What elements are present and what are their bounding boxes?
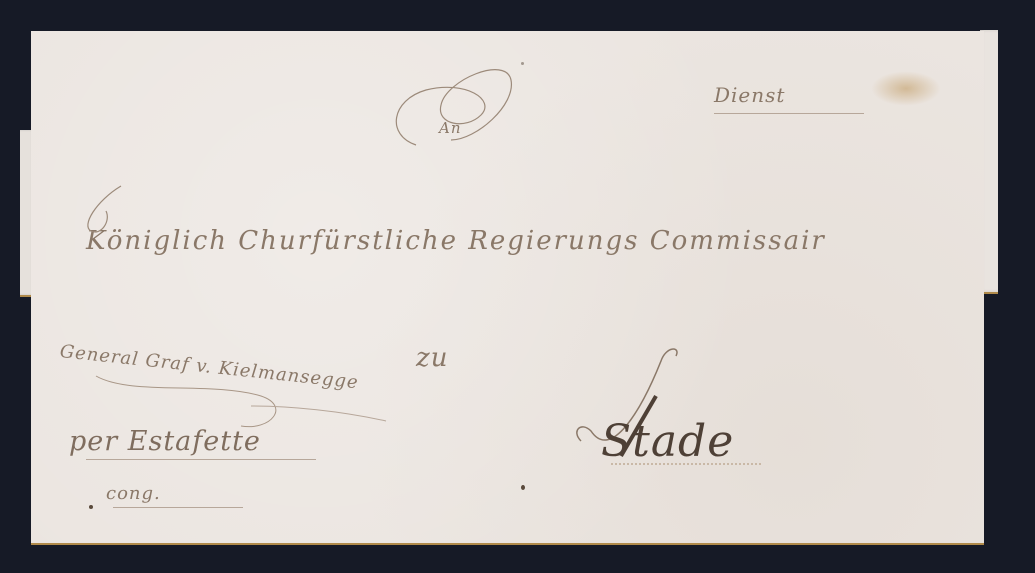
addressee-line-text: Königlich Churfürstliche Regierungs Comm… — [86, 226, 826, 256]
dispatch-note-text: per Estafette — [69, 426, 261, 457]
paper-speck — [521, 62, 524, 65]
paper-speck — [89, 505, 93, 509]
service-mark-text: Dienst — [714, 83, 785, 107]
dispatch-note-underline — [86, 459, 316, 460]
destination-underline — [611, 463, 761, 465]
preposition-text: zu — [416, 343, 448, 373]
sender-note-flourish — [91, 371, 391, 431]
salutation-text: An — [439, 119, 462, 137]
paper-speck — [521, 485, 525, 490]
abbreviation-text: cong. — [106, 483, 161, 504]
destination-text: Stade — [601, 416, 734, 467]
flourish-k-ornament — [76, 181, 136, 241]
abbreviation-underline — [113, 507, 243, 508]
ink-stain — [871, 71, 941, 106]
service-mark-underline — [714, 113, 864, 114]
letter-sheet: An Dienst Königlich Churfürstliche Regie… — [31, 31, 984, 545]
flourish-an-ornament — [386, 45, 526, 160]
